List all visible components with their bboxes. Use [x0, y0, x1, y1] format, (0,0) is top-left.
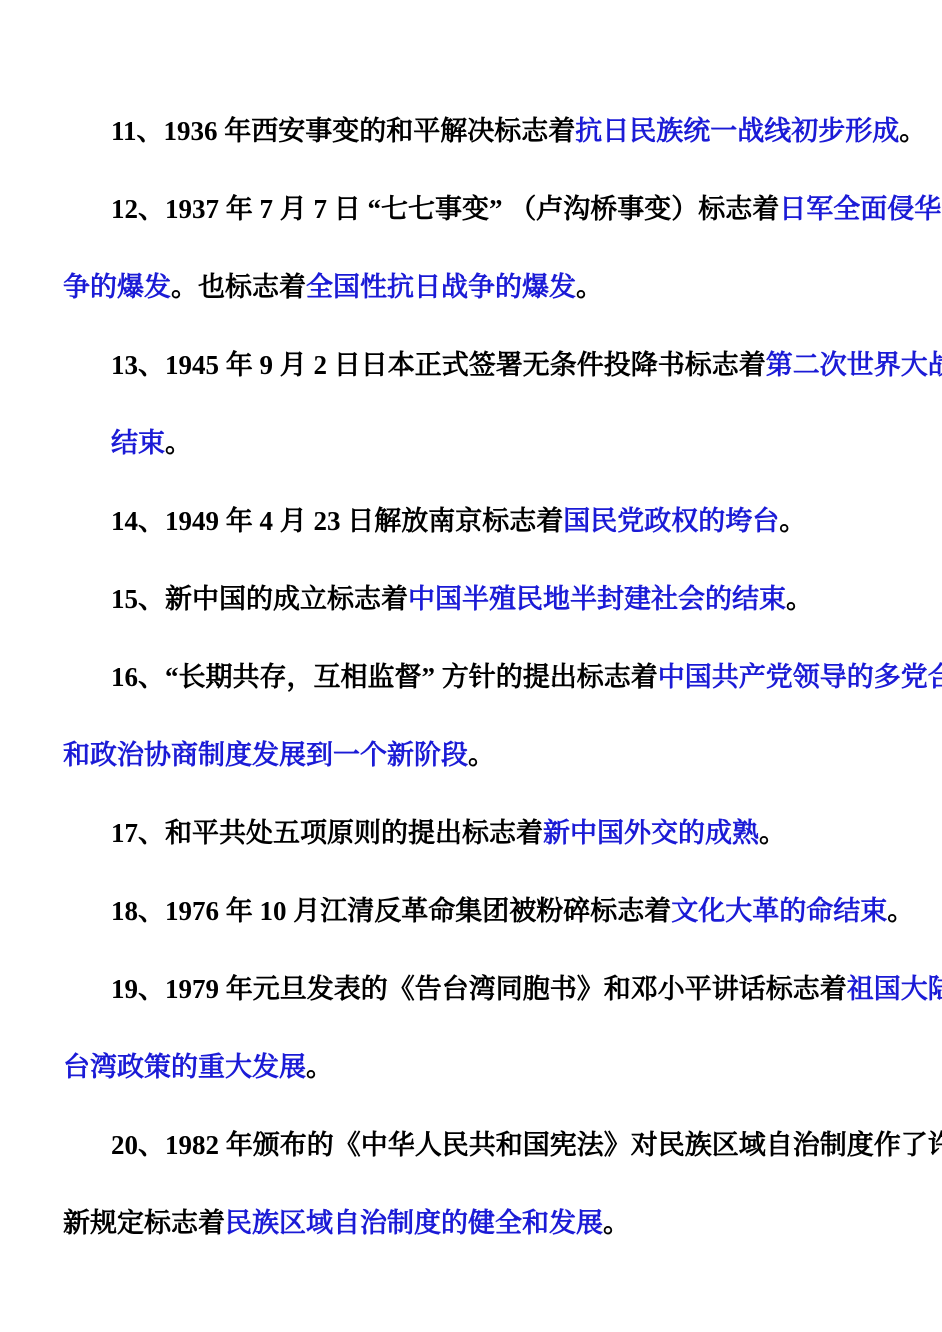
text-segment: 13、1945 年 9 月 2 日日本正式签署无条件投降书标志着 [111, 350, 766, 380]
text-segment: 。 [468, 740, 495, 770]
text-line: 20、1982 年颁布的《中华人民共和国宪法》对民族区域自治制度作了许多 [63, 1106, 883, 1184]
text-line: 台湾政策的重大发展。 [63, 1028, 883, 1106]
text-line: 结束。 [63, 404, 883, 482]
text-segment: 。 [603, 1208, 630, 1238]
text-segment: 17、和平共处五项原则的提出标志着 [111, 818, 543, 848]
highlighted-text-segment: 第二次世界大战的 [766, 350, 942, 380]
text-segment: 。 [165, 428, 192, 458]
document-body: 11、1936 年西安事变的和平解决标志着抗日民族统一战线初步形成。12、193… [63, 92, 883, 1262]
highlighted-text-segment: 民族区域自治制度的健全和发展 [225, 1208, 603, 1238]
text-line: 11、1936 年西安事变的和平解决标志着抗日民族统一战线初步形成。 [63, 92, 883, 170]
highlighted-text-segment: 抗日民族统一战线初步形成 [575, 116, 899, 146]
text-line: 12、1937 年 7 月 7 日 “七七事变” （卢沟桥事变）标志着日军全面侵… [63, 170, 883, 248]
text-line: 16、“长期共存，互相监督” 方针的提出标志着中国共产党领导的多党合作 [63, 638, 883, 716]
text-segment: 15、新中国的成立标志着 [111, 584, 408, 614]
text-line: 19、1979 年元旦发表的《告台湾同胞书》和邓小平讲话标志着祖国大陆对 [63, 950, 883, 1028]
text-segment: 16、“长期共存，互相监督” 方针的提出标志着 [111, 662, 658, 692]
text-segment: 12、1937 年 7 月 7 日 “七七事变” （卢沟桥事变）标志着 [111, 194, 779, 224]
highlighted-text-segment: 争的爆发 [63, 272, 171, 302]
text-line: 和政治协商制度发展到一个新阶段。 [63, 716, 883, 794]
text-line: 13、1945 年 9 月 2 日日本正式签署无条件投降书标志着第二次世界大战的 [63, 326, 883, 404]
text-segment: 11、1936 年西安事变的和平解决标志着 [111, 116, 575, 146]
text-segment: 。 [576, 272, 603, 302]
highlighted-text-segment: 文化大革的命结束 [671, 896, 887, 926]
highlighted-text-segment: 新中国外交的成熟 [543, 818, 759, 848]
highlighted-text-segment: 祖国大陆对 [847, 974, 942, 1004]
text-segment: 。 [887, 896, 914, 926]
text-line: 新规定标志着民族区域自治制度的健全和发展。 [63, 1184, 883, 1262]
text-segment: 。也标志着 [171, 272, 306, 302]
highlighted-text-segment: 台湾政策的重大发展 [63, 1052, 306, 1082]
text-segment: 。 [779, 506, 806, 536]
text-segment: 。 [306, 1052, 333, 1082]
text-segment: 。 [786, 584, 813, 614]
text-segment: 新规定标志着 [63, 1208, 225, 1238]
text-line: 14、1949 年 4 月 23 日解放南京标志着国民党政权的垮台。 [63, 482, 883, 560]
text-segment: 18、1976 年 10 月江清反革命集团被粉碎标志着 [111, 896, 671, 926]
text-segment: 19、1979 年元旦发表的《告台湾同胞书》和邓小平讲话标志着 [111, 974, 847, 1004]
text-line: 15、新中国的成立标志着中国半殖民地半封建社会的结束。 [63, 560, 883, 638]
highlighted-text-segment: 结束 [111, 428, 165, 458]
text-line: 17、和平共处五项原则的提出标志着新中国外交的成熟。 [63, 794, 883, 872]
highlighted-text-segment: 国民党政权的垮台 [563, 506, 779, 536]
highlighted-text-segment: 中国共产党领导的多党合作 [658, 662, 942, 692]
text-segment: 。 [759, 818, 786, 848]
text-segment: 14、1949 年 4 月 23 日解放南京标志着 [111, 506, 563, 536]
highlighted-text-segment: 和政治协商制度发展到一个新阶段 [63, 740, 468, 770]
text-line: 18、1976 年 10 月江清反革命集团被粉碎标志着文化大革的命结束。 [63, 872, 883, 950]
highlighted-text-segment: 日军全面侵华战 [779, 194, 942, 224]
highlighted-text-segment: 中国半殖民地半封建社会的结束 [408, 584, 786, 614]
text-segment: 20、1982 年颁布的《中华人民共和国宪法》对民族区域自治制度作了许多 [111, 1130, 942, 1160]
highlighted-text-segment: 全国性抗日战争的爆发 [306, 272, 576, 302]
text-segment: 。 [899, 116, 926, 146]
document-page: 11、1936 年西安事变的和平解决标志着抗日民族统一战线初步形成。12、193… [0, 0, 942, 1332]
text-line: 争的爆发。也标志着全国性抗日战争的爆发。 [63, 248, 883, 326]
